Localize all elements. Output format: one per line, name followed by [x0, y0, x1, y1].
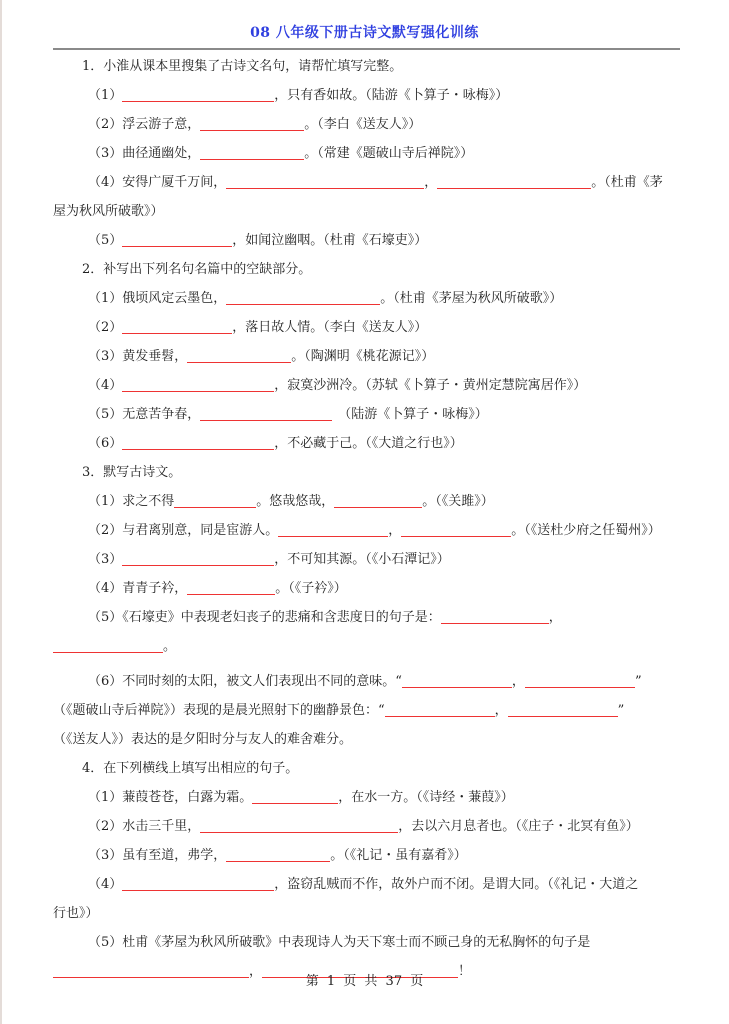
item-text: 。（杜甫《茅 — [591, 175, 663, 190]
item-text: ， — [424, 175, 437, 190]
question-1-heading: 1．小淮从课本里搜集了古诗文名句，请帮忙填写完整。 — [53, 52, 681, 81]
q3-item-1: （1）求之不得。悠哉悠哉，。（《关雎》） — [53, 487, 681, 516]
item-text: ，去以六月息者也。（《庄子・北冥有鱼》） — [398, 819, 639, 834]
item-text: 。 — [163, 639, 176, 654]
answer-blank[interactable] — [200, 406, 332, 421]
item-text: ，在水一方。（《诗经・蒹葭》） — [338, 790, 514, 805]
item-text: （1） — [88, 88, 122, 103]
item-text: ，不可知其源。（《小石潭记》） — [274, 552, 450, 567]
q2-item-6: （6），不必藏于己。（《大道之行也》） — [53, 429, 681, 458]
item-text: ，如闻泣幽咽。（杜甫《石壕吏》） — [232, 233, 427, 248]
q1-item-3: （3）曲径通幽处，。（常建《题破山寺后禅院》） — [53, 139, 681, 168]
item-text: ，不必藏于己。（《大道之行也》） — [274, 436, 463, 451]
answer-blank[interactable] — [200, 818, 398, 833]
q1-item-2: （2）浮云游子意，。（李白《送友人》） — [53, 110, 681, 139]
answer-blank[interactable] — [508, 702, 618, 717]
item-text: （4）青青子衿， — [88, 581, 187, 596]
q1-item-1: （1），只有香如故。（陆游《卜算子・咏梅》） — [53, 81, 681, 110]
item-text: 。（杜甫《茅屋为秋风所破歌》） — [380, 291, 562, 306]
item-text: 。（《关雎》） — [422, 494, 494, 509]
item-text: ， — [512, 674, 525, 689]
page-footer: 第 1 页 共 37 页 — [0, 970, 729, 989]
item-text: ，盗窃乱贼而不作，故外户而不闭。是谓大同。（《礼记・大道之 — [274, 877, 638, 892]
answer-blank[interactable] — [187, 580, 275, 595]
q3-item-5-continuation: 。 — [53, 632, 681, 661]
q4-item-1: （1）蒹葭苍苍，白露为霜。，在水一方。（《诗经・蒹葭》） — [53, 783, 681, 812]
q1-item-4-continuation: 屋为秋风所破歌》） — [53, 197, 681, 226]
item-text: （陆游《卜算子・咏梅》） — [332, 407, 488, 422]
item-text: 。悠哉悠哉， — [256, 494, 334, 509]
q2-item-1: （1）俄顷风定云墨色，。（杜甫《茅屋为秋风所破歌》） — [53, 284, 681, 313]
item-text: 。（陶渊明《桃花源记》） — [291, 349, 434, 364]
answer-blank[interactable] — [122, 435, 274, 450]
q2-item-5: （5）无意苦争春，（陆游《卜算子・咏梅》） — [53, 400, 681, 429]
item-text: ， — [495, 703, 508, 718]
answer-blank[interactable] — [174, 493, 256, 508]
answer-blank[interactable] — [122, 876, 274, 891]
item-text: ” — [635, 674, 642, 689]
answer-blank[interactable] — [385, 702, 495, 717]
q3-item-2: （2）与君离别意，同是宦游人。，。（《送杜少府之任蜀州》） — [53, 516, 681, 545]
item-text: （6）不同时刻的太阳，被文人们表现出不同的意味。“ — [88, 674, 402, 689]
answer-blank[interactable] — [122, 87, 274, 102]
answer-blank[interactable] — [441, 609, 549, 624]
q4-item-5: （5）杜甫《茅屋为秋风所破歌》中表现诗人为天下寒士而不顾己身的无私胸怀的句子是 — [53, 928, 681, 957]
item-text: （3） — [88, 552, 122, 567]
header-divider — [53, 48, 680, 50]
item-text: （5）《石壕吏》中表现老妇丧子的悲痛和含悲度日的句子是： — [88, 610, 441, 625]
q4-item-3: （3）虽有至道，弗学，。（《礼记・虽有嘉肴》） — [53, 841, 681, 870]
answer-blank[interactable] — [402, 673, 512, 688]
answer-blank[interactable] — [200, 145, 304, 160]
item-text: （4）安得广厦千万间， — [88, 175, 226, 190]
item-text: 。（《送杜少府之任蜀州》） — [511, 523, 661, 538]
answer-blank[interactable] — [122, 551, 274, 566]
item-text: 。（李白《送友人》） — [304, 117, 421, 132]
q3-item-6-line3: （《送友人》）表达的是夕阳时分与友人的难舍难分。 — [53, 725, 681, 754]
page-left-edge — [0, 0, 2, 1024]
answer-blank[interactable] — [122, 319, 232, 334]
q4-item-4: （4），盗窃乱贼而不作，故外户而不闭。是谓大同。（《礼记・大道之 — [53, 870, 681, 899]
item-text: （6） — [88, 436, 122, 451]
answer-blank[interactable] — [122, 377, 274, 392]
item-text: ” — [618, 703, 625, 718]
answer-blank[interactable] — [122, 232, 232, 247]
question-2-heading: 2．补写出下列名句名篇中的空缺部分。 — [53, 255, 681, 284]
item-text: （5）无意苦争春， — [88, 407, 200, 422]
item-text: （2） — [88, 320, 122, 335]
item-text: ，寂寞沙洲冷。（苏轼《卜算子・黄州定慧院寓居作》） — [274, 378, 586, 393]
q1-item-5: （5），如闻泣幽咽。（杜甫《石壕吏》） — [53, 226, 681, 255]
answer-blank[interactable] — [226, 847, 330, 862]
q2-item-3: （3）黄发垂髫，。（陶渊明《桃花源记》） — [53, 342, 681, 371]
item-text: （3）虽有至道，弗学， — [88, 848, 226, 863]
item-text: （2）水击三千里， — [88, 819, 200, 834]
item-text: （1）求之不得 — [88, 494, 174, 509]
item-text: （5） — [88, 233, 122, 248]
question-3-heading: 3．默写古诗文。 — [53, 458, 681, 487]
item-text: （1）蒹葭苍苍，白露为霜。 — [88, 790, 252, 805]
q3-item-6: （6）不同时刻的太阳，被文人们表现出不同的意味。“，” — [53, 667, 681, 696]
item-text: （2）与君离别意，同是宦游人。 — [88, 523, 278, 538]
answer-blank[interactable] — [187, 348, 291, 363]
q4-item-4-continuation: 行也》） — [53, 899, 681, 928]
item-text: 。（《礼记・虽有嘉肴》） — [330, 848, 467, 863]
q3-item-4: （4）青青子衿，。（《子衿》） — [53, 574, 681, 603]
q3-item-6-line2: （《题破山寺后禅院》）表现的是晨光照射下的幽静景色：“，” — [53, 696, 681, 725]
item-text: ，落日故人情。（李白《送友人》） — [232, 320, 427, 335]
item-text: ，只有香如故。（陆游《卜算子・咏梅》） — [274, 88, 508, 103]
answer-blank[interactable] — [437, 174, 591, 189]
answer-blank[interactable] — [401, 522, 511, 537]
item-text: ， — [549, 610, 562, 625]
q3-item-5: （5）《石壕吏》中表现老妇丧子的悲痛和含悲度日的句子是：， — [53, 603, 681, 632]
q2-item-2: （2），落日故人情。（李白《送友人》） — [53, 313, 681, 342]
item-text: （4） — [88, 378, 122, 393]
q1-item-4: （4）安得广厦千万间，，。（杜甫《茅 — [53, 168, 681, 197]
item-text: （1）俄顷风定云墨色， — [88, 291, 226, 306]
question-4-heading: 4．在下列横线上填写出相应的句子。 — [53, 754, 681, 783]
document-title: 08 八年级下册古诗文默写强化训练 — [0, 22, 729, 42]
item-text: （3）曲径通幽处， — [88, 146, 200, 161]
q4-item-2: （2）水击三千里，，去以六月息者也。（《庄子・北冥有鱼》） — [53, 812, 681, 841]
item-text: （3）黄发垂髫， — [88, 349, 187, 364]
answer-blank[interactable] — [226, 174, 424, 189]
answer-blank[interactable] — [226, 290, 380, 305]
item-text: （2）浮云游子意， — [88, 117, 200, 132]
answer-blank[interactable] — [53, 638, 163, 653]
answer-blank[interactable] — [278, 522, 388, 537]
document-body: 1．小淮从课本里搜集了古诗文名句，请帮忙填写完整。 （1），只有香如故。（陆游《… — [53, 52, 681, 986]
answer-blank[interactable] — [334, 493, 422, 508]
item-text: 。（常建《题破山寺后禅院》） — [304, 146, 473, 161]
item-text: 。（《子衿》） — [275, 581, 347, 596]
answer-blank[interactable] — [200, 116, 304, 131]
item-text: ， — [388, 523, 401, 538]
answer-blank[interactable] — [252, 789, 338, 804]
item-text: （5）杜甫《茅屋为秋风所破歌》中表现诗人为天下寒士而不顾己身的无私胸怀的句子是 — [88, 935, 590, 950]
q3-item-3: （3），不可知其源。（《小石潭记》） — [53, 545, 681, 574]
item-text: （《题破山寺后禅院》）表现的是晨光照射下的幽静景色：“ — [53, 703, 385, 718]
answer-blank[interactable] — [525, 673, 635, 688]
q2-item-4: （4），寂寞沙洲冷。（苏轼《卜算子・黄州定慧院寓居作》） — [53, 371, 681, 400]
item-text: （4） — [88, 877, 122, 892]
